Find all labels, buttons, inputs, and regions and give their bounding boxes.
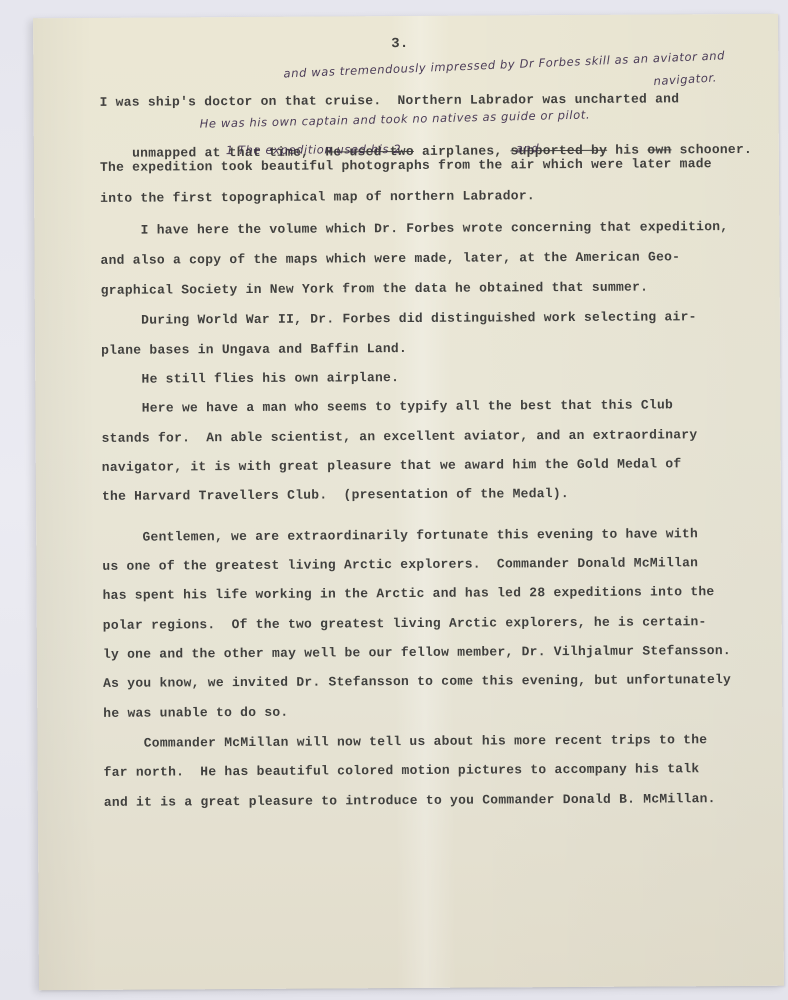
typed-line-23: far north. He has beautiful colored moti… [104, 761, 700, 780]
typed-line-4: into the first topographical map of nort… [100, 188, 535, 206]
typed-document-page: 3. and was tremendously impressed by Dr … [33, 14, 784, 991]
typed-line-14: the Harvard Travellers Club. (presentati… [102, 486, 569, 504]
typed-line-22: Commander McMillan will now tell us abou… [103, 732, 707, 751]
line2-post: schooner. [672, 142, 753, 157]
typed-line-7: graphical Society in New York from the d… [101, 280, 649, 298]
typed-line-19: ly one and the other may well be our fel… [103, 643, 731, 662]
typed-line-5: I have here the volume which Dr. Forbes … [100, 219, 728, 238]
handwritten-annotation-below: 1 The expedition used his 2 [226, 142, 402, 157]
typed-line-12: stands for. An able scientist, an excell… [102, 427, 698, 446]
typed-line-8: During World War II, Dr. Forbes did dist… [101, 309, 697, 328]
page-number: 3. [391, 36, 408, 52]
handwritten-annotation-top-continued: navigator. [653, 70, 717, 88]
typed-line-24: and it is a great pleasure to introduce … [104, 791, 716, 810]
typed-line-11: Here we have a man who seems to typify a… [101, 397, 673, 415]
line2-mid2: his [607, 143, 647, 158]
typed-line-10: He still flies his own airplane. [101, 370, 399, 387]
typed-line-20: As you know, we invited Dr. Stefansson t… [103, 672, 731, 691]
typed-line-13: navigator, it is with great pleasure tha… [102, 456, 682, 475]
typed-line-15: Gentlemen, we are extraordinarily fortun… [102, 526, 698, 545]
typed-line-17: has spent his life working in the Arctic… [103, 584, 715, 603]
typed-line-16: us one of the greatest living Arctic exp… [102, 555, 698, 574]
handwritten-annotation-and: and [516, 141, 540, 155]
handwritten-annotation-insert: He was his own captain and took no nativ… [200, 107, 591, 130]
line2-struck-text-3: own [647, 142, 671, 157]
typed-line-21: he was unable to do so. [103, 705, 288, 721]
typed-line-18: polar regions. Of the two greatest livin… [103, 614, 707, 633]
typed-line-9: plane bases in Ungava and Baffin Land. [101, 341, 407, 358]
typed-line-1: I was ship's doctor on that cruise. Nort… [100, 91, 680, 110]
typed-line-6: and also a copy of the maps which were m… [100, 249, 680, 268]
